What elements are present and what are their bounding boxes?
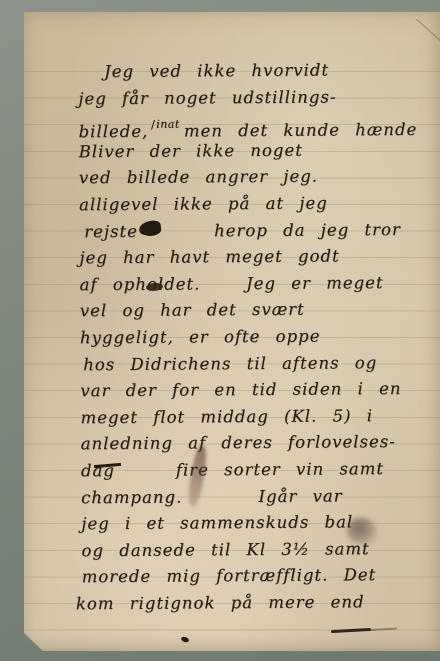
letter-line: vel og har det svært: [80, 296, 436, 325]
letter-photo: Jeg ved ikke hvorvidt jeg får noget udst…: [0, 0, 440, 661]
letter-line: morede mig fortræffligt. Det: [82, 562, 438, 591]
letter-line: jeg får noget udstillings-: [78, 83, 434, 112]
letter-line: billede,inatmen det kunde hænde: [78, 110, 434, 139]
letter-line: Bliver der ikke noget: [79, 137, 435, 166]
letter-line: af opholdet. Jeg er meget: [80, 270, 436, 299]
letter-line: champang. Igår var: [81, 482, 437, 511]
letter-line: kom rigtignok på mere end: [76, 589, 438, 618]
handwritten-text: Jeg ved ikke hvorvidt jeg får noget udst…: [78, 57, 438, 618]
letter-line: Jeg ved ikke hvorvidt: [78, 57, 434, 86]
letter-paper: Jeg ved ikke hvorvidt jeg får noget udst…: [24, 12, 440, 651]
letter-line: jeg har havt meget godt: [79, 243, 435, 272]
inserted-word-above-line: inat: [152, 118, 180, 131]
letter-line: og dansede til Kl 3½ samt: [81, 535, 437, 564]
paper-crease: [416, 19, 440, 61]
letter-line: var der for en tid siden i en: [80, 376, 436, 405]
letter-line: jeg i et sammenskuds bal: [81, 509, 437, 538]
letter-line: hos Didrichens til aftens og: [83, 349, 436, 378]
letter-line: rejste herop da jeg tror: [84, 216, 435, 245]
letter-line: ved billede angrer jeg.: [79, 163, 435, 192]
ink-smudge: [347, 517, 377, 545]
letter-line: meget flot middag (Kl. 5) i: [80, 402, 436, 431]
letter-line: alligevel ikke på at jeg: [79, 190, 435, 219]
letter-line: anledning af deres forlovelses-: [81, 429, 437, 458]
letter-line: dag fire sorter vin samt: [81, 456, 437, 485]
letter-line: hyggeligt, er ofte oppe: [80, 323, 436, 352]
